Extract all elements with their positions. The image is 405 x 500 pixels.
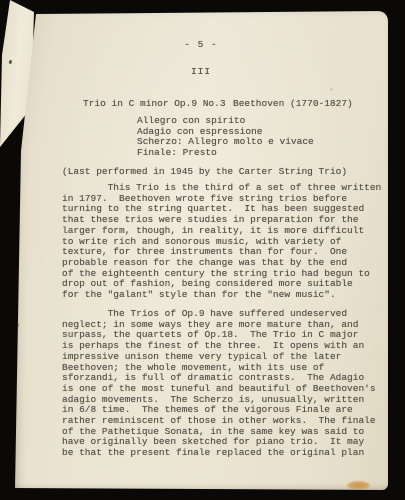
- stain-mark: [347, 481, 370, 490]
- ink-speck: [8, 60, 12, 65]
- document-page: - 5 - III Trio in C minor Op.9 No.3 Beet…: [14, 11, 388, 490]
- body-paragraph-2: The Trios of Op.9 have suffered undeserv…: [62, 309, 376, 459]
- work-title: Trio in C minor Op.9 No.3: [83, 99, 226, 110]
- body-paragraph-1: This Trio is the third of a set of three…: [62, 183, 381, 301]
- composer-credit: Beethoven (1770-1827): [233, 99, 353, 110]
- movement-list: Allegro con spirito Adagio con espressio…: [137, 116, 314, 159]
- performance-note: (Last performed in 1945 by the Carter St…: [62, 167, 347, 178]
- page-number: - 5 -: [14, 40, 388, 51]
- scan-background: - 5 - III Trio in C minor Op.9 No.3 Beet…: [0, 0, 405, 500]
- section-numeral: III: [14, 67, 388, 78]
- paper-speck: [330, 88, 333, 91]
- paper-speck: [16, 323, 19, 327]
